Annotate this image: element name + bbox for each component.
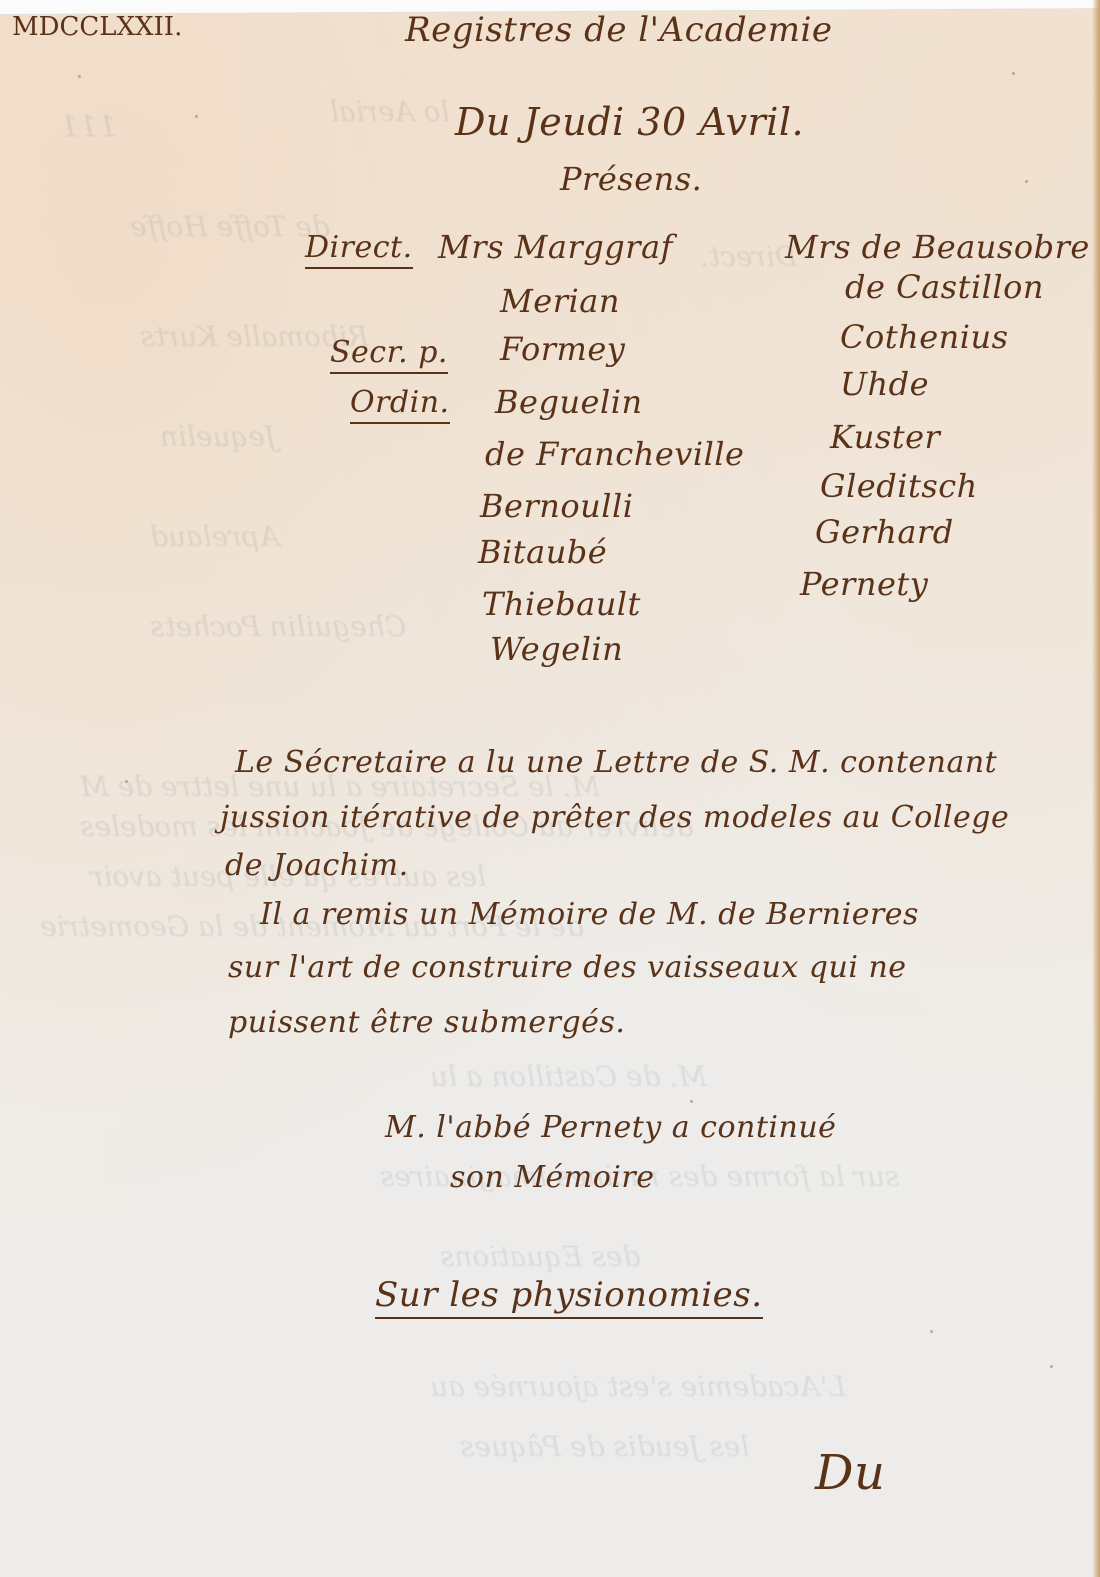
paper-speck xyxy=(195,115,198,118)
minutes-line: jussion itérative de prêter des modeles … xyxy=(220,800,1009,835)
minutes-line: puissent être submergés. xyxy=(228,1005,625,1040)
member-name: Thiebault xyxy=(482,585,641,623)
member-name: Gleditsch xyxy=(820,467,978,505)
minutes-line: de Joachim. xyxy=(225,848,409,883)
member-name: de Castillon xyxy=(845,268,1044,306)
paper-speck xyxy=(1050,1365,1053,1368)
bleed-through-text: L'Academie s'est ajournée au xyxy=(430,1370,846,1403)
bleed-through-text: Jequelin xyxy=(160,420,276,453)
bleed-through-text: Cheguilin Pochets xyxy=(150,610,406,643)
bleed-through-text: les Jeudis de Pâques xyxy=(460,1430,749,1463)
year-roman-numeral: MDCCLXXII. xyxy=(12,12,182,42)
manuscript-page: lo Aerial 111 Direct. de Toffe Hoffe Rib… xyxy=(0,0,1100,1577)
catchword: Du xyxy=(815,1445,885,1501)
attendance-heading: Présens. xyxy=(560,160,702,198)
member-name: Gerhard xyxy=(815,513,954,551)
paper-speck xyxy=(125,780,128,783)
paper-speck xyxy=(1025,180,1028,183)
register-header: Registres de l'Academie xyxy=(405,10,833,50)
member-name: Mrs de Beausobre xyxy=(785,228,1090,266)
member-name: Merian xyxy=(500,282,620,320)
bleed-through-text: 111 xyxy=(60,110,117,145)
bleed-through-text: lo Aerial xyxy=(330,95,450,128)
member-name: Beguelin xyxy=(495,383,643,421)
minutes-line: sur l'art de construire des vaisseaux qu… xyxy=(228,950,907,985)
paper-speck xyxy=(690,1100,693,1103)
bleed-through-text: Aprelaud xyxy=(150,520,280,553)
minutes-line: son Mémoire xyxy=(450,1160,654,1195)
member-name: Wegelin xyxy=(490,630,623,668)
member-name: Formey xyxy=(500,330,625,368)
bleed-through-text: M. de Castillon a lu xyxy=(430,1060,707,1093)
member-name: Pernety xyxy=(800,565,928,603)
minutes-line: Le Sécretaire a lu une Lettre de S. M. c… xyxy=(235,745,997,780)
bleed-through-text: des Equations xyxy=(440,1240,640,1273)
member-name: Cothenius xyxy=(840,318,1009,356)
paper-speck xyxy=(1012,72,1015,75)
bleed-through-text: Direct. xyxy=(700,240,797,273)
role-secretaire: Secr. p. xyxy=(330,335,448,374)
member-name: de Francheville xyxy=(485,435,744,473)
minutes-line: M. l'abbé Pernety a continué xyxy=(385,1110,836,1145)
member-name: Bitaubé xyxy=(478,533,607,571)
bleed-through-text: de Toffe Hoffe xyxy=(130,210,330,243)
member-name: Mrs Marggraf xyxy=(438,228,673,266)
paper-speck xyxy=(930,1330,933,1333)
member-name: Kuster xyxy=(830,418,940,456)
role-ordinaires: Ordin. xyxy=(350,385,450,424)
member-name: Uhde xyxy=(840,365,929,403)
meeting-date: Du Jeudi 30 Avril. xyxy=(455,100,804,144)
member-name: Bernoulli xyxy=(480,487,633,525)
minutes-line: Il a remis un Mémoire de M. de Bernieres xyxy=(260,897,919,932)
memoir-title: Sur les physionomies. xyxy=(375,1275,763,1319)
paper-speck xyxy=(78,75,81,78)
page-binding-edge xyxy=(1092,0,1100,1577)
role-directeur: Direct. xyxy=(305,230,413,269)
